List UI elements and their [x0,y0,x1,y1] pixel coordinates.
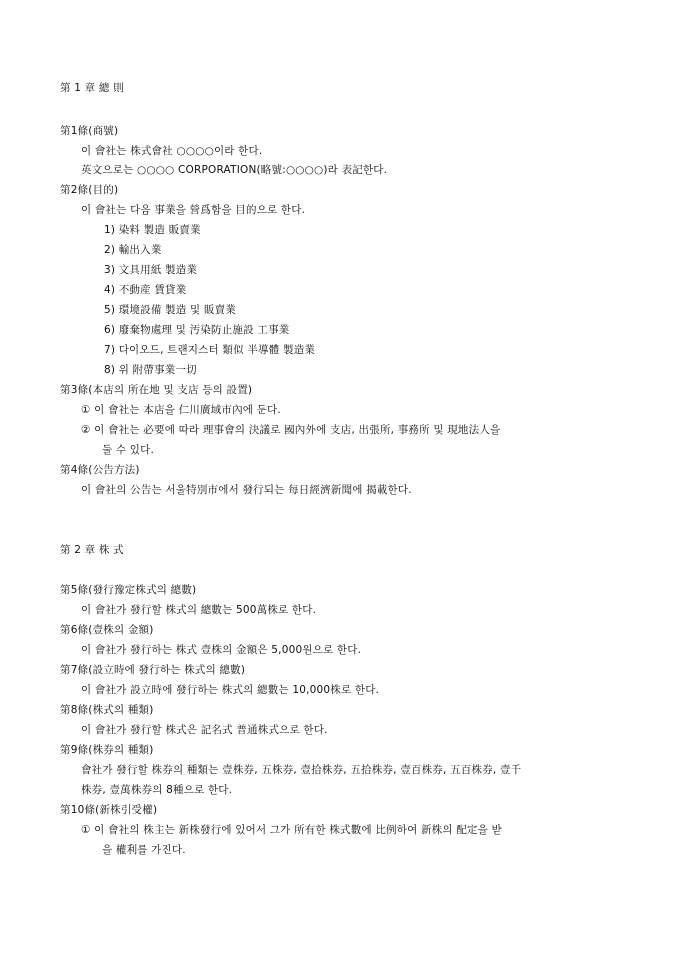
list-item: 2) 輸出入業 [104,243,162,257]
article-text: 이 會社는 다음 事業을 營爲함을 目的으로 한다. [81,203,305,217]
article-heading: 第6條(壹株의 金額) [60,623,154,637]
article-paragraph-continued: 을 權利를 가진다. [102,843,186,857]
article-heading: 第10條(新株引受權) [60,803,157,817]
article-text: 會社가 發行할 株券의 種類는 壹株券, 五株券, 壹拾株券, 五拾株券, 壹百… [81,763,521,777]
list-item: 7) 다이오드, 트랜지스터 類似 半導體 製造業 [104,343,315,357]
article-heading: 第4條(公告方法) [60,463,140,477]
article-heading: 第8條(株式의 種類) [60,703,154,717]
article-text: 이 會社는 株式會社 ○○○○이라 한다. [81,144,262,158]
article-heading: 第5條(發行豫定株式의 總數) [60,583,196,597]
article-text: 이 會社가 發行할 株式은 記名式 普通株式으로 한다. [81,723,328,737]
article-paragraph: ① 이 會社의 株主는 新株發行에 있어서 그가 所有한 株式數에 比例하여 新… [81,823,502,837]
article-paragraph-continued: 둘 수 있다. [102,443,154,457]
article-heading: 第7條(設立時에 發行하는 株式의 總數) [60,663,245,677]
article-heading: 第2條(目的) [60,183,118,197]
chapter-title: 第 1 章 總 則 [60,81,124,95]
list-item: 8) 위 附帶事業一切 [104,363,197,377]
article-paragraph: ① 이 會社는 本店을 仁川廣域市內에 둔다. [81,403,281,417]
article-heading: 第3條(本店의 所在地 및 支店 등의 設置) [60,383,252,397]
article-text: 株券, 壹萬株券의 8種으로 한다. [81,783,232,797]
list-item: 1) 染料 製造 販賣業 [104,223,201,237]
chapter-title: 第 2 章 株 式 [60,543,124,557]
article-text: 이 會社의 公告는 서울特別市에서 發行되는 每日經濟新聞에 揭載한다. [81,483,412,497]
list-item: 6) 廢棄物處理 및 汚染防止施設 工事業 [104,323,289,337]
list-item: 4) 不動産 賃貸業 [104,283,186,297]
article-heading: 第1條(商號) [60,124,118,138]
article-text: 이 會社가 設立時에 發行하는 株式의 總數는 10,000株로 한다. [81,683,379,697]
article-heading: 第9條(株券의 種類) [60,743,154,757]
article-text: 이 會社가 發行하는 株式 壹株의 金額은 5,000원으로 한다. [81,643,361,657]
article-text: 이 會社가 發行할 株式의 總數는 500萬株로 한다. [81,603,316,617]
list-item: 3) 文具用紙 製造業 [104,263,197,277]
article-paragraph: ② 이 會社는 必要에 따라 理事會의 決議로 國內外에 支店, 出張所, 事務… [81,423,500,437]
document-page: 第 1 章 總 則 第1條(商號) 이 會社는 株式會社 ○○○○이라 한다. … [0,0,680,962]
article-text: 英文으로는 ○○○○ CORPORATION(略號:○○○○)라 表記한다. [81,163,387,177]
list-item: 5) 環境設備 製造 및 販賣業 [104,303,236,317]
